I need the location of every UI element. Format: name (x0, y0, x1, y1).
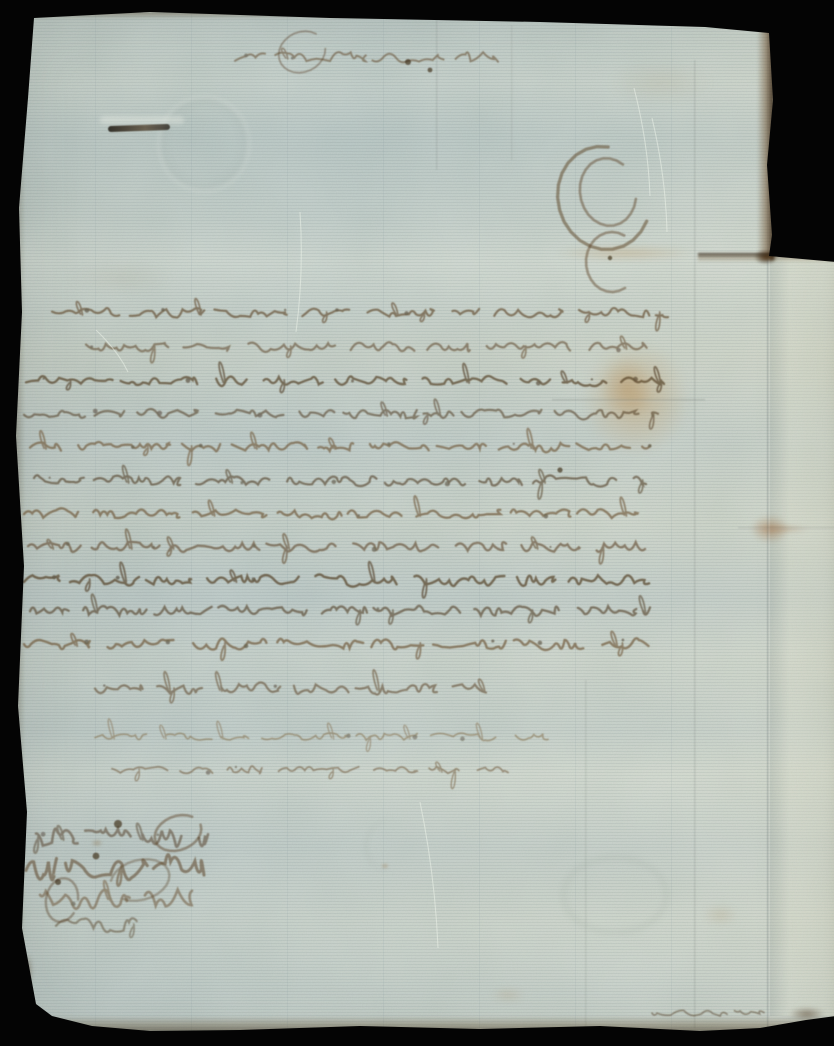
ink-blot (6, 316, 11, 321)
manuscript-page (0, 0, 834, 1046)
ink-blot (4, 514, 8, 518)
tear-slit-halo (100, 116, 184, 124)
watermark-circle (158, 96, 250, 192)
embossed-seal-impression (562, 856, 668, 934)
scan-mat (0, 0, 834, 1046)
faint-arc-crease (365, 818, 427, 874)
paper-mottling-texture (0, 0, 834, 1046)
